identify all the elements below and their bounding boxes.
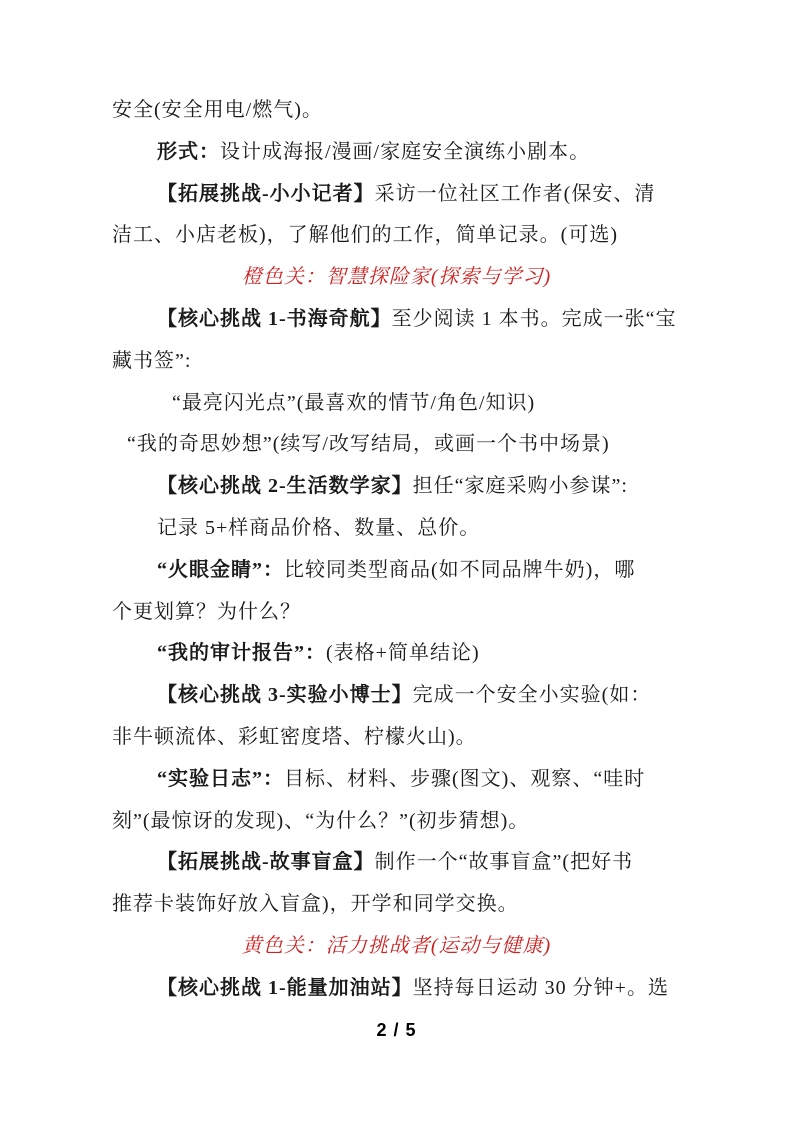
text-segment: 采访一位社区工作者(保安、清 bbox=[375, 183, 656, 205]
line-expand-challenge-blindbox: 【拓展挑战-故事盲盒】制作一个“故事盲盒”(把好书 bbox=[112, 842, 681, 884]
orange-level-heading: 橙色关：智慧探险家(探索与学习) bbox=[112, 257, 681, 299]
text-segment: 洁工、小店老板)，了解他们的工作，简单记录。(可选) bbox=[112, 224, 618, 246]
text-segment: 橙色关：智慧探险家(探索与学习) bbox=[242, 266, 551, 288]
line-bookmark-continuation: 藏书签”: bbox=[112, 341, 681, 383]
text-segment: 完成一个安全小实验(如： bbox=[413, 684, 652, 706]
line-experiment-examples: 非牛顿流体、彩虹密度塔、柠檬火山)。 bbox=[112, 717, 681, 759]
text-segment: 非牛顿流体、彩虹密度塔、柠檬火山)。 bbox=[112, 726, 477, 748]
text-segment: 【核心挑战 2-生活数学家】 bbox=[157, 475, 413, 497]
text-segment: 藏书签”: bbox=[112, 350, 191, 372]
line-whimsical-idea: “我的奇思妙想”(续写/改写结局，或画一个书中场景) bbox=[112, 424, 681, 466]
text-segment: “火眼金睛”： bbox=[157, 559, 284, 581]
line-reporter-continuation: 洁工、小店老板)，了解他们的工作，简单记录。(可选) bbox=[112, 215, 681, 257]
text-segment: 【核心挑战 1-能量加油站】 bbox=[157, 977, 413, 999]
line-golden-eyes-continuation: 个更划算？为什么？ bbox=[112, 592, 681, 634]
line-brightest-highlight: “最亮闪光点”(最喜欢的情节/角色/知识) bbox=[112, 383, 681, 425]
text-segment: 目标、材料、步骤(图文)、观察、“哇时 bbox=[284, 768, 645, 790]
text-segment: 比较同类型商品(如不同品牌牛奶)，哪 bbox=[284, 559, 635, 581]
text-segment: 【核心挑战 1-书海奇航】 bbox=[157, 308, 392, 330]
text-segment: 坚持每日运动 30 分钟+。选 bbox=[413, 977, 669, 999]
text-segment: “实验日志”： bbox=[157, 768, 284, 790]
text-segment: 记录 5+样商品价格、数量、总价。 bbox=[157, 517, 480, 539]
text-segment: 个更划算？为什么？ bbox=[112, 601, 301, 623]
page-number-footer: 2 / 5 bbox=[112, 1010, 681, 1052]
line-core-challenge-1-energy: 【核心挑战 1-能量加油站】坚持每日运动 30 分钟+。选 bbox=[112, 968, 681, 1010]
line-core-challenge-1-reading: 【核心挑战 1-书海奇航】至少阅读 1 本书。完成一张“宝 bbox=[112, 299, 681, 341]
text-segment: 担任“家庭采购小参谋”: bbox=[413, 475, 628, 497]
text-segment: 制作一个“故事盲盒”(把好书 bbox=[375, 851, 633, 873]
line-format: 形式：设计成海报/漫画/家庭安全演练小剧本。 bbox=[112, 132, 681, 174]
line-audit-report: “我的审计报告”：(表格+简单结论) bbox=[112, 633, 681, 675]
text-segment: 安全(安全用电/燃气)。 bbox=[112, 99, 323, 121]
text-segment: 至少阅读 1 本书。完成一张“宝 bbox=[392, 308, 677, 330]
text-segment: 【拓展挑战-小小记者】 bbox=[157, 183, 375, 205]
line-core-challenge-2-math: 【核心挑战 2-生活数学家】担任“家庭采购小参谋”: bbox=[112, 466, 681, 508]
line-safety-continuation: 安全(安全用电/燃气)。 bbox=[112, 90, 681, 132]
text-segment: 【拓展挑战-故事盲盒】 bbox=[157, 851, 375, 873]
text-segment: “最亮闪光点”(最喜欢的情节/角色/知识) bbox=[172, 392, 535, 414]
line-expand-challenge-reporter: 【拓展挑战-小小记者】采访一位社区工作者(保安、清 bbox=[112, 174, 681, 216]
text-segment: 推荐卡装饰好放入盲盒)，开学和同学交换。 bbox=[112, 893, 519, 915]
text-segment: “我的审计报告”： bbox=[157, 642, 326, 664]
yellow-level-heading: 黄色关：活力挑战者(运动与健康) bbox=[112, 926, 681, 968]
line-core-challenge-3-experiment: 【核心挑战 3-实验小博士】完成一个安全小实验(如： bbox=[112, 675, 681, 717]
line-experiment-log: “实验日志”：目标、材料、步骤(图文)、观察、“哇时 bbox=[112, 759, 681, 801]
text-segment: (表格+简单结论) bbox=[326, 642, 480, 664]
text-segment: 黄色关：活力挑战者(运动与健康) bbox=[242, 935, 551, 957]
line-golden-eyes: “火眼金睛”：比较同类型商品(如不同品牌牛奶)，哪 bbox=[112, 550, 681, 592]
line-experiment-log-continuation: 刻”(最惊讶的发现)、“为什么？”(初步猜想)。 bbox=[112, 801, 681, 843]
text-segment: “我的奇思妙想”(续写/改写结局，或画一个书中场景) bbox=[127, 433, 610, 455]
line-record-goods: 记录 5+样商品价格、数量、总价。 bbox=[112, 508, 681, 550]
line-blindbox-continuation: 推荐卡装饰好放入盲盒)，开学和同学交换。 bbox=[112, 884, 681, 926]
document-body: 安全(安全用电/燃气)。形式：设计成海报/漫画/家庭安全演练小剧本。【拓展挑战-… bbox=[112, 90, 681, 1010]
text-segment: 设计成海报/漫画/家庭安全演练小剧本。 bbox=[220, 141, 590, 163]
document-page: 安全(安全用电/燃气)。形式：设计成海报/漫画/家庭安全演练小剧本。【拓展挑战-… bbox=[0, 0, 793, 1122]
text-segment: 刻”(最惊讶的发现)、“为什么？”(初步猜想)。 bbox=[112, 810, 529, 832]
text-segment: 形式： bbox=[157, 141, 220, 163]
text-segment: 【核心挑战 3-实验小博士】 bbox=[157, 684, 413, 706]
